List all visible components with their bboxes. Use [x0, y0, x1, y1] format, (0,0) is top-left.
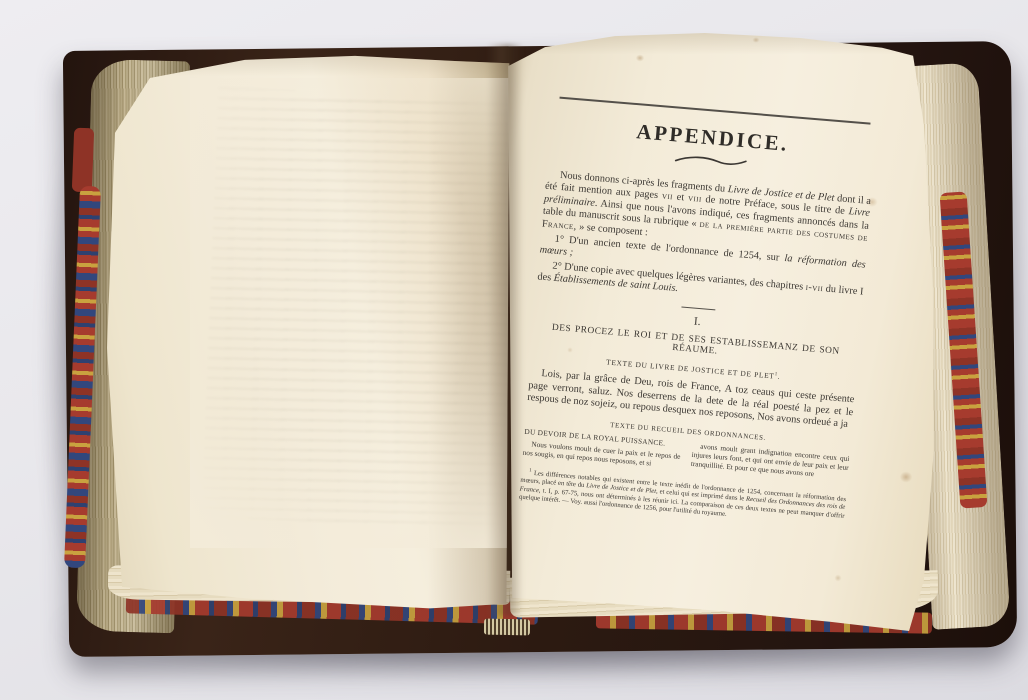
section-divider-rule	[681, 306, 715, 310]
marbled-endpaper-left-top	[72, 128, 94, 193]
left-page	[95, 48, 511, 614]
column-right: avons moult grant indignation encontre c…	[690, 441, 849, 484]
swash-ornament	[673, 152, 748, 170]
endband	[484, 619, 530, 636]
column-left: DU DEVOIR DE LA ROYAL PUISSANCE. Nous vo…	[522, 427, 681, 470]
book-photo: APPENDICE. Nous donnons ci-après les fra…	[0, 0, 1028, 700]
book-gutter	[487, 44, 523, 616]
right-page-text: APPENDICE. Nous donnons ci-après les fra…	[519, 92, 878, 529]
text-showthrough-fade	[190, 78, 530, 548]
